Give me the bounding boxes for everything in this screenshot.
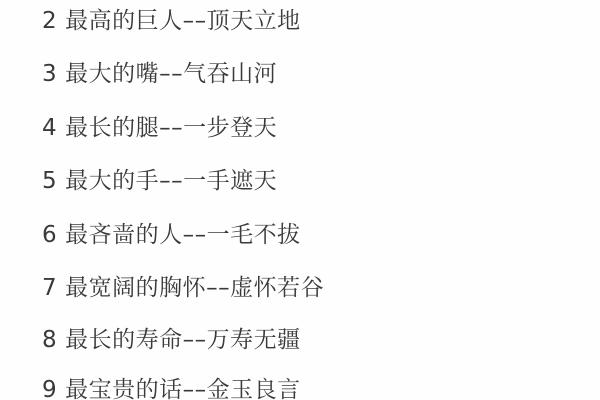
item-text: 最吝啬的人––一毛不拔 <box>65 222 301 248</box>
list-item: 5最大的手––一手遮天 <box>42 164 277 198</box>
item-number: 4 <box>42 115 57 141</box>
item-number: 2 <box>42 8 57 34</box>
list-item: 4最长的腿––一步登天 <box>42 111 277 145</box>
list-item: 8最长的寿命––万寿无疆 <box>42 323 301 357</box>
item-text: 最宽阔的胸怀––虚怀若谷 <box>65 275 324 301</box>
list-item: 9最宝贵的话––金玉良言 <box>42 373 301 400</box>
document-page: 2最高的巨人––顶天立地 3最大的嘴––气吞山河 4最长的腿––一步登天 5最大… <box>0 0 600 400</box>
item-text: 最长的寿命––万寿无疆 <box>65 327 301 353</box>
item-text: 最长的腿––一步登天 <box>65 115 277 141</box>
item-text: 最宝贵的话––金玉良言 <box>65 377 301 400</box>
list-item: 2最高的巨人––顶天立地 <box>42 4 301 38</box>
list-item: 3最大的嘴––气吞山河 <box>42 57 277 91</box>
item-number: 8 <box>42 327 57 353</box>
item-number: 9 <box>42 377 57 400</box>
item-text: 最大的手––一手遮天 <box>65 168 277 194</box>
list-item: 6最吝啬的人––一毛不拔 <box>42 218 301 252</box>
item-number: 3 <box>42 61 57 87</box>
item-number: 7 <box>42 275 57 301</box>
item-text: 最高的巨人––顶天立地 <box>65 8 301 34</box>
list-item: 7最宽阔的胸怀––虚怀若谷 <box>42 271 324 305</box>
item-number: 6 <box>42 222 57 248</box>
item-text: 最大的嘴––气吞山河 <box>65 61 277 87</box>
item-number: 5 <box>42 168 57 194</box>
